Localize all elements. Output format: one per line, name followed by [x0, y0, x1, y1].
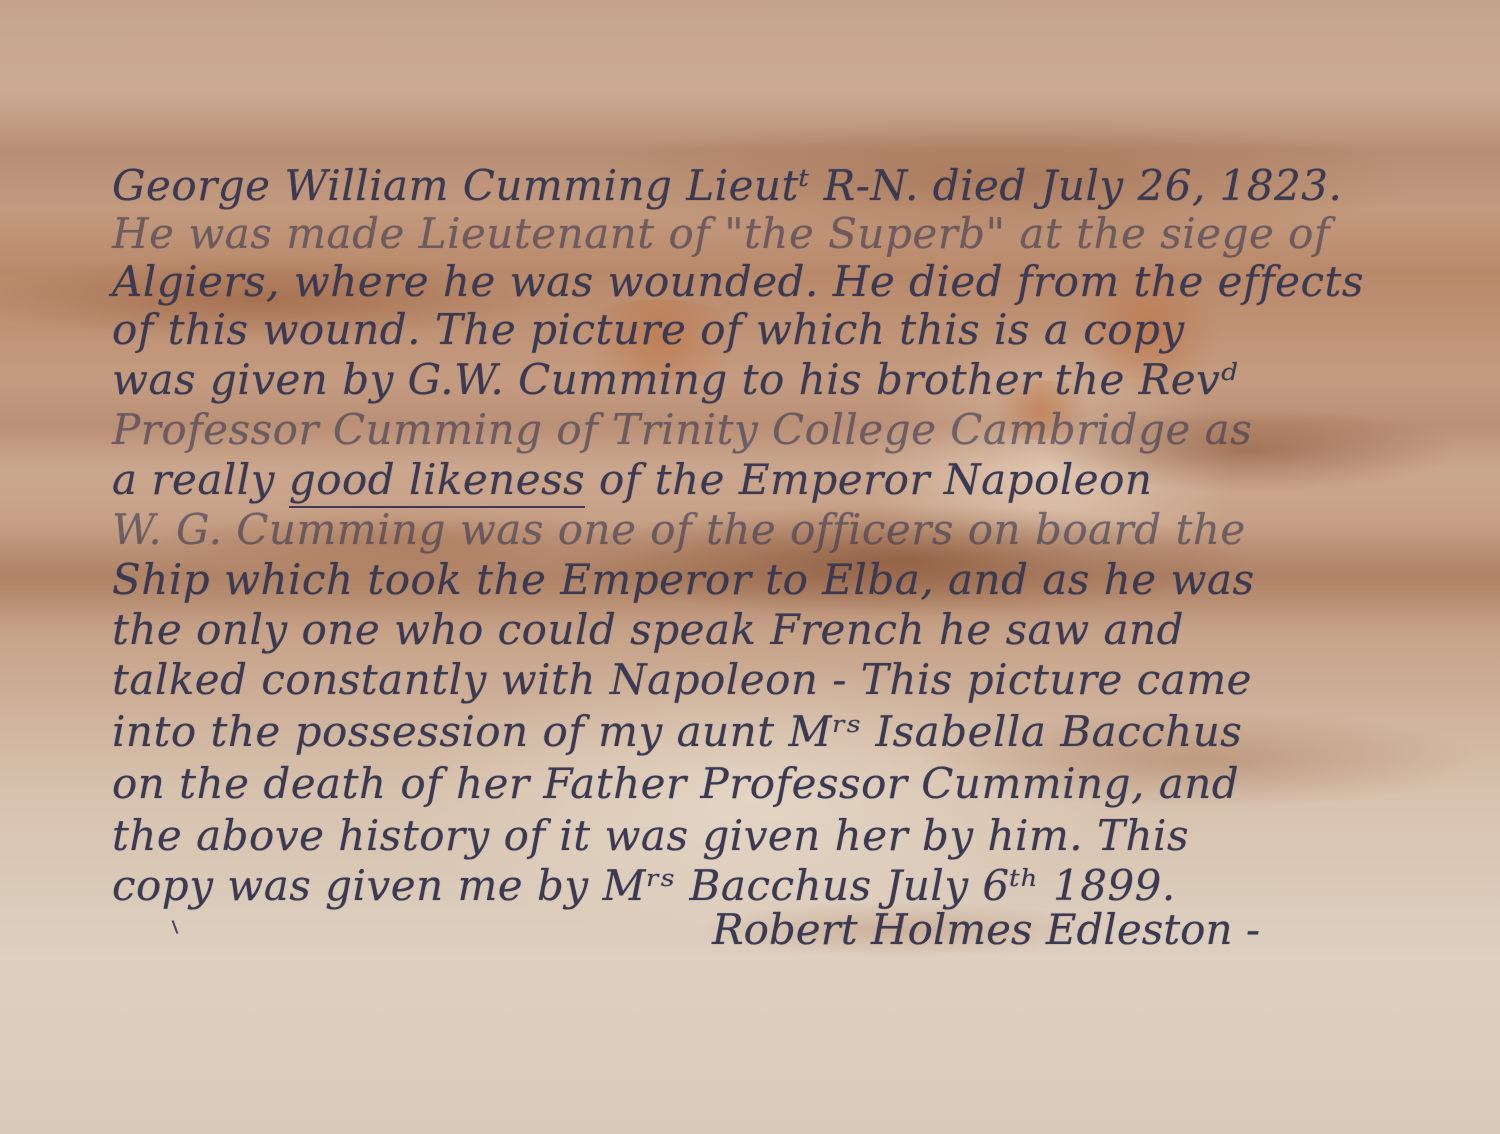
letter-line-12: into the possession of my aunt Mʳˢ Isabe…: [112, 706, 1242, 758]
letter-line-6: Professor Cumming of Trinity College Cam…: [112, 404, 1252, 456]
letter-line-14: the above history of it was given her by…: [112, 810, 1189, 862]
letter-line-5: was given by G.W. Cumming to his brother…: [112, 354, 1238, 406]
underlined-phrase: good likeness: [289, 455, 585, 508]
letter-line-11: talked constantly with Napoleon - This p…: [112, 654, 1252, 706]
letter-line-10: the only one who could speak French he s…: [112, 604, 1184, 656]
letter-line-13: on the death of her Father Professor Cum…: [112, 758, 1239, 810]
letter-line-8: W. G. Cumming was one of the officers on…: [112, 504, 1246, 556]
letter-line-2: He was made Lieutenant of "the Superb" a…: [112, 208, 1330, 260]
line-text: a really: [112, 455, 289, 504]
letter-line-1: George William Cumming Lieutᵗ R-N. died …: [112, 160, 1342, 212]
line-text: of the Emperor Napoleon: [585, 455, 1152, 504]
letter-line-9: Ship which took the Emperor to Elba, and…: [112, 554, 1255, 606]
ink-mark: [172, 920, 179, 934]
document-page: George William Cumming Lieutᵗ R-N. died …: [0, 0, 1500, 1134]
letter-line-4: of this wound. The picture of which this…: [112, 304, 1185, 356]
letter-line-3: Algiers, where he was wounded. He died f…: [112, 256, 1364, 308]
letter-line-7: a really good likeness of the Emperor Na…: [112, 454, 1152, 506]
signature: Robert Holmes Edleston -: [712, 905, 1260, 954]
